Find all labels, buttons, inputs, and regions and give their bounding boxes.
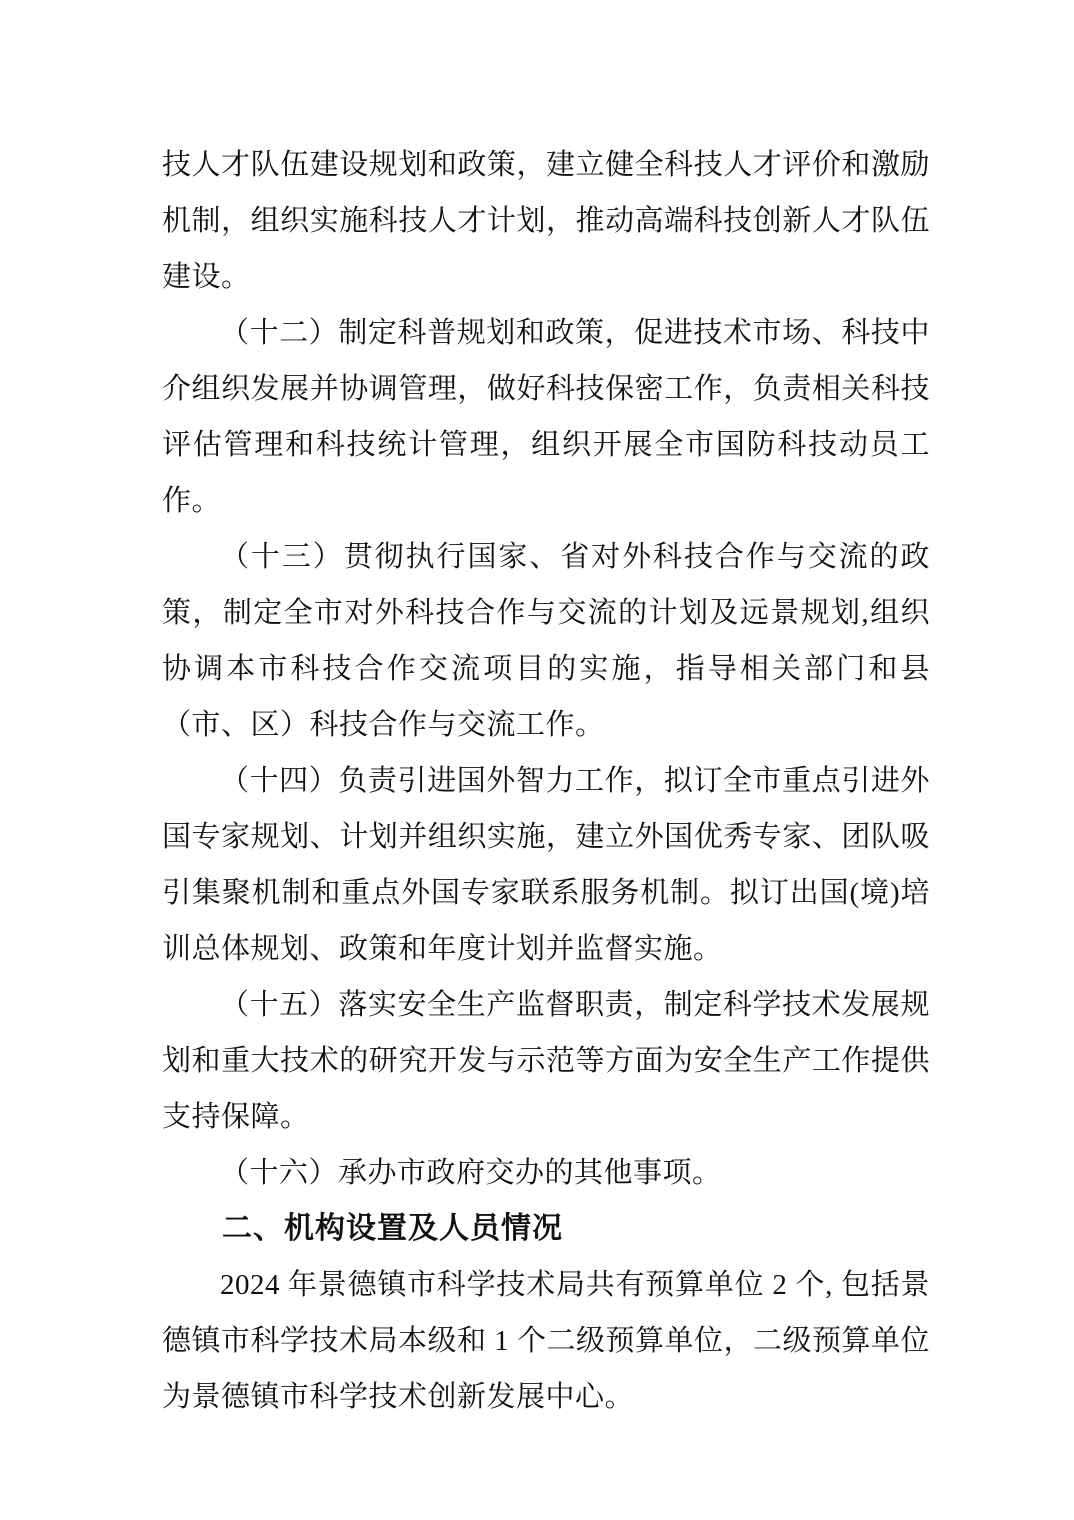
paragraph-clause-12: （十二）制定科普规划和政策，促进技术市场、科技中介组织发展并协调管理，做好科技保… <box>162 305 930 529</box>
paragraph-clause-13: （十三）贯彻执行国家、省对外科技合作与交流的政策，制定全市对外科技合作与交流的计… <box>162 529 930 753</box>
document-page: 技人才队伍建设规划和政策，建立健全科技人才评价和激励机制，组织实施科技人才计划，… <box>0 0 1074 1520</box>
paragraph-clause-11-continuation: 技人才队伍建设规划和政策，建立健全科技人才评价和激励机制，组织实施科技人才计划，… <box>162 137 930 305</box>
document-body: 技人才队伍建设规划和政策，建立健全科技人才评价和激励机制，组织实施科技人才计划，… <box>162 137 930 1425</box>
section-heading-organization-setup: 二、机构设置及人员情况 <box>162 1201 930 1257</box>
paragraph-clause-15: （十五）落实安全生产监督职责，制定科学技术发展规划和重大技术的研究开发与示范等方… <box>162 977 930 1145</box>
paragraph-clause-16: （十六）承办市政府交办的其他事项。 <box>162 1145 930 1201</box>
paragraph-clause-14: （十四）负责引进国外智力工作，拟订全市重点引进外国专家规划、计划并组织实施，建立… <box>162 753 930 977</box>
paragraph-budget-units: 2024 年景德镇市科学技术局共有预算单位 2 个, 包括景德镇市科学技术局本级… <box>162 1257 930 1425</box>
